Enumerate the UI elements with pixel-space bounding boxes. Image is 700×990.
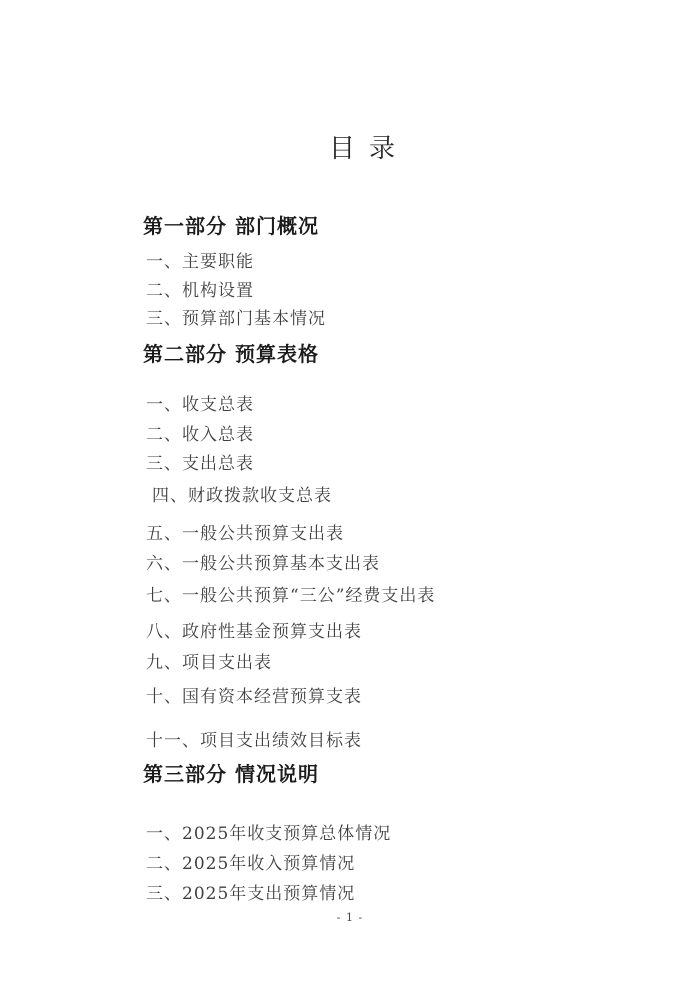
toc-part-3-item-1: 一、2025年收支预算总体情况 [146,826,391,843]
page-title: 目录 [329,136,409,162]
toc-part-2-item-1: 一、收支总表 [146,397,254,414]
toc-part-3-item-2: 二、2025年收入预算情况 [146,856,355,873]
toc-part-2-item-10: 十、国有资本经营预算支表 [146,689,362,706]
toc-part-2-heading: 第二部分 预算表格 [143,344,319,364]
toc-part-3-heading: 第三部分 情况说明 [143,764,319,784]
toc-part-2-item-3: 三、支出总表 [146,456,254,473]
document-page: 目录 第一部分 部门概况 一、主要职能 二、机构设置 三、预算部门基本情况 第二… [0,0,700,990]
toc-part-2-item-7: 七、一般公共预算“三公”经费支出表 [146,588,435,605]
toc-part-2-item-5: 五、一般公共预算支出表 [146,526,344,543]
toc-part-2-item-8: 八、政府性基金预算支出表 [146,624,362,641]
toc-part-2-item-6: 六、一般公共预算基本支出表 [146,556,380,573]
toc-part-2-item-9: 九、项目支出表 [146,655,272,672]
toc-part-1-item-2: 二、机构设置 [146,283,254,300]
toc-part-2-item-2: 二、收入总表 [146,427,254,444]
toc-part-1-heading: 第一部分 部门概况 [143,216,319,236]
toc-part-1-item-1: 一、主要职能 [146,254,254,271]
toc-part-3-item-3: 三、2025年支出预算情况 [146,886,355,903]
toc-part-2-item-11: 十一、项目支出绩效目标表 [146,733,362,750]
toc-part-1-item-3: 三、预算部门基本情况 [146,311,326,328]
toc-part-2-item-4: 四、财政拨款收支总表 [152,488,332,505]
page-number: - 1 - [0,912,700,923]
